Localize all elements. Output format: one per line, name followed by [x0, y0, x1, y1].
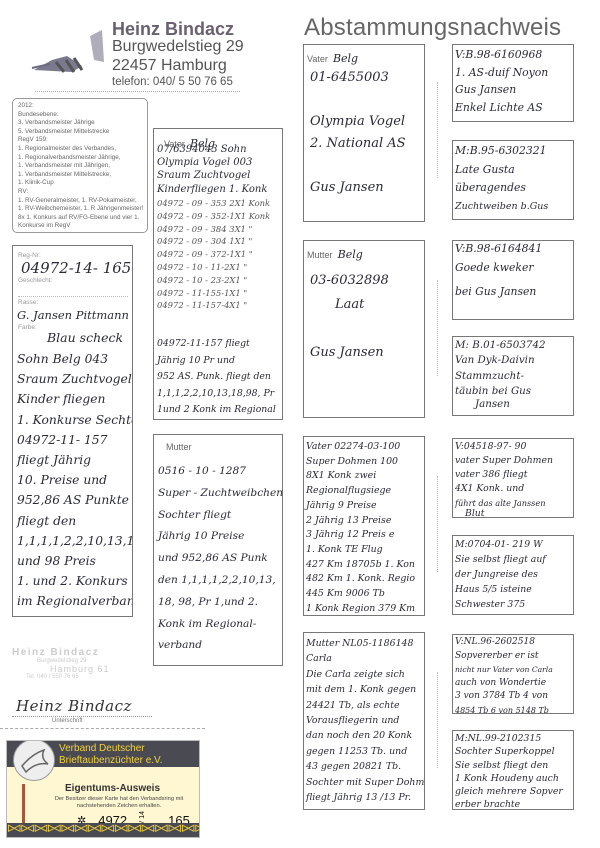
pedigree-line: 2. National AS — [310, 133, 406, 155]
great-grandparent-box: M:0704-01- 219 W Sie selbst fliegt auf d… — [452, 535, 574, 615]
note-line: 1. und 2. Konkurs — [17, 571, 133, 591]
stamp-name: Heinz Bindacz — [12, 647, 152, 658]
pedigree-line: 1 Konk Houdeny auch — [455, 772, 563, 785]
pedigree-line: Vater 02274-03-100 — [306, 440, 415, 455]
pedigree-line: 1. AS-duif Noyon — [455, 64, 548, 82]
pedigree-line: vater 386 fliegt — [455, 468, 553, 482]
pedigree-line: 445 Km 9006 Tb — [306, 587, 415, 602]
pedigree-line: bei Gus Jansen — [455, 280, 542, 304]
pedigree-line: 24421 Tb, als echte — [306, 698, 424, 713]
pedigree-line: Sie selbst fliegt den — [455, 759, 563, 772]
note-line: 1,1,1,1,2,2,10,13,18, — [17, 531, 133, 551]
owner-phone: telefon: 040/ 5 50 76 65 — [112, 76, 233, 88]
pedigree-line: Haus 5/5 isteine — [455, 582, 546, 597]
note-line: 10. Preise und — [17, 470, 133, 490]
pedigree-line: 2 Jährig 13 Preise — [306, 514, 415, 529]
pedigree-line: 1 Konk Region 379 Km — [306, 602, 415, 616]
owner-city: 22457 Hamburg — [112, 57, 227, 75]
achievement-line: 2012: — [18, 102, 142, 111]
reg-number-label: Reg-Nr: — [18, 252, 41, 259]
grandmother-paternal-name: Belg — [338, 248, 363, 261]
great-grandparent-lines: M:NL.99-2102315 Sochter Superkoppel Sie … — [455, 732, 563, 810]
pedigree-line: Blut — [455, 510, 553, 518]
pedigree-line: erber brachte — [455, 798, 563, 810]
pigeon-emblem-icon — [13, 740, 55, 781]
pedigree-line: 1. Konk TE Flug — [306, 543, 415, 558]
pedigree-line: 482 Km 1. Konk. Regio — [306, 572, 415, 587]
achievement-line: RV: — [18, 188, 142, 197]
pedigree-line: Sochter Superkoppel — [455, 745, 563, 758]
owner-signature: Heinz Bindacz — [16, 697, 132, 715]
pedigree-line: Gus Jansen — [455, 81, 548, 99]
mother-line: Jährig 10 Preise — [158, 526, 283, 548]
great-grandparent-lines: V:B.98-6164841 Goede kweker bei Gus Jans… — [455, 242, 542, 304]
pedigree-line: Vorausfliegerin und — [306, 713, 424, 728]
pedigree-line: Van Dyk-Daivin — [455, 353, 546, 368]
father-line: Kinderfliegen 1. Konk — [157, 183, 267, 196]
achievements-box: 2012: Bundesebene: 3. Verbandsmeister Jä… — [12, 98, 148, 233]
grandfather-paternal-lines: 01-6455003 Olympia Vogel 2. National AS … — [310, 67, 406, 199]
id-card-title: Eigentums-Ausweis — [65, 783, 160, 794]
pedigree-line: 3 Jährig 12 Preis e — [306, 528, 415, 543]
achievement-line: 1. RV-Weibchemeister, 1. R Jährigenmeist… — [18, 205, 142, 214]
note-line: und 98 Preis — [17, 551, 133, 571]
pedigree-line: M:B.95-6302321 — [455, 142, 548, 161]
reg-number-value: 04972-14- 165 — [21, 259, 131, 277]
race-value: G. Jansen Pittmann — [17, 308, 129, 322]
note-line: Sohn Belg 043 — [17, 349, 133, 369]
ring-entry: 04972 - 10 - 23-2X1 " — [157, 274, 270, 287]
grandmother-paternal-heading: Mutter Belg — [307, 243, 363, 262]
note-line: im Regionalverband — [17, 591, 133, 611]
pedigree-line: Die Carla zeigte sich — [306, 667, 424, 682]
pedigree-line — [310, 155, 406, 177]
pedigree-line: Sie selbst fliegt auf — [455, 552, 546, 567]
grandmother-paternal-lines: 03-6032898 Laat Gus Jansen — [310, 269, 389, 365]
achievement-line: 1. Verbandsmeister Mittelstrecke, — [18, 171, 142, 180]
connector-line — [437, 476, 438, 572]
pedigree-line: Schwester 375 — [455, 597, 546, 612]
grandmother-maternal-lines: Mutter NL05-1186148 Carla Die Carla zeig… — [306, 636, 424, 805]
grandfather-maternal-box: Vater 02274-03-100 Super Dohmen 100 8X1 … — [303, 436, 425, 616]
owner-stamp: Heinz Bindacz Burgwedelstieg 29 Hamburg … — [12, 647, 152, 680]
signature-label: Unterschrift — [52, 718, 83, 724]
mother-line: 18, 98, Pr 1,und 2. — [158, 592, 283, 614]
ring-entry: 04972 - 09 - 352-1X1 Konk — [157, 210, 270, 223]
pedigree-line: Mutter NL05-1186148 — [306, 636, 424, 651]
father-line: Sraum Zuchtvogel — [157, 169, 267, 182]
father-ring-list: 04972 - 09 - 353 2X1 Konk 04972 - 09 - 3… — [157, 197, 270, 312]
connector-line — [437, 280, 438, 376]
pedigree-line: fliegt Jährig 13 /13 Pr. — [306, 790, 424, 805]
father-box: Vater Belg 07/6394043 Sohn Olympia Vogel… — [153, 128, 283, 420]
id-card-pattern-band: ᐅᐊᐅᐊᐅᐊᐅᐊᐅᐊᐅᐊᐅᐊᐅᐊᐅᐊᐅᐊᐅᐊᐅᐊᐅᐊᐅᐊᐅᐊᐅᐊᐅᐊᐅᐊ — [7, 823, 199, 837]
ring-entry: 04972 - 09 - 304 1X1 " — [157, 235, 270, 248]
note-line: Kinder fliegen — [17, 389, 133, 409]
achievement-line: 1. Verbandsmeister mit Jährigen, — [18, 162, 142, 171]
pedigree-line: Sopvererber er ist — [455, 650, 553, 664]
great-grandparent-box: M:NL.99-2102315 Sochter Superkoppel Sie … — [452, 730, 574, 810]
pedigree-line: vater Super Dohmen — [455, 454, 553, 468]
pedigree-line: V:B.98-6164841 — [455, 242, 542, 256]
pedigree-line: Sochter mit Super Dohm — [306, 775, 424, 790]
header-divider — [35, 91, 240, 92]
grandfather-paternal-box: Vater Belg 01-6455003 Olympia Vogel 2. N… — [303, 44, 425, 222]
pedigree-line: 4X1 Konk. und — [455, 482, 553, 496]
great-grandparent-box: V:B.98-6164841 Goede kweker bei Gus Jans… — [452, 240, 574, 320]
grandmother-maternal-box: Mutter NL05-1186148 Carla Die Carla zeig… — [303, 632, 425, 810]
pedigree-line: Stammzucht- — [455, 369, 546, 384]
sex-label: Geschlecht: — [18, 277, 52, 284]
note-line: 952,86 AS Punkte — [17, 490, 133, 510]
pedigree-line: Gus Jansen — [310, 177, 406, 199]
pedigree-line: V:NL.96-2602518 — [455, 636, 553, 650]
color-value: Blau scheck — [47, 330, 123, 345]
pedigree-line: Goede kweker — [455, 256, 542, 280]
pedigree-line: Zuchtweiben b.Gus — [455, 198, 548, 217]
registration-box: Reg-Nr: 04972-14- 165 Geschlecht: Rasse:… — [12, 245, 133, 617]
father-line: 1und 2 Konk im Regional — [157, 402, 276, 419]
pedigree-line: gleich mehrere Sopver — [455, 785, 563, 798]
father-performance: 04972-11-157 fliegt Jährig 10 Pr und 952… — [157, 336, 276, 419]
mother-line: und 952,86 AS Punk — [158, 548, 283, 570]
pedigree-line: 01-6455003 — [310, 67, 406, 89]
father-line: 1,1,1,2,2,10,13,18,98, Pr — [157, 386, 276, 403]
father-line: 952 AS. Punk. fliegt den — [157, 369, 276, 386]
great-grandparent-lines: V:B.98-6160968 1. AS-duif Noyon Gus Jans… — [455, 46, 548, 116]
pedigree-line: Carla — [306, 651, 424, 666]
note-line: 04972-11- 157 — [17, 430, 133, 450]
pedigree-line: 4854 Tb 6 von 5148 Tb — [455, 704, 553, 715]
father-lines: 07/6394043 Sohn Olympia Vogel 003 Sraum … — [157, 143, 267, 196]
pedigree-line: dan noch den 20 Konk — [306, 728, 424, 743]
connector-line — [437, 672, 438, 768]
id-org-line2: Brieftaubenzüchter e.V. — [59, 755, 163, 766]
owner-name: Heinz Bindacz — [112, 19, 234, 40]
ownership-id-card: Verband Deutscher Brieftaubenzüchter e.V… — [6, 740, 200, 838]
stamp-city: Hamburg 61 — [50, 664, 152, 674]
pedigree-line: M: B.01-6503742 — [455, 338, 546, 353]
document-title: Abstammungsnachweis — [304, 14, 561, 42]
great-grandparent-box: M: B.01-6503742 Van Dyk-Daivin Stammzuch… — [452, 336, 574, 416]
pedigree-line: täubin bei Gus — [455, 384, 546, 399]
pedigree-line — [310, 89, 406, 111]
pedigree-line: 3 von 3784 Tb 4 von — [455, 690, 553, 704]
mother-label: Mutter — [166, 442, 192, 452]
note-line: 1. Konkurse Sechter — [17, 410, 133, 430]
great-grandparent-lines: M:B.95-6302321 Late Gusta überagendes Zu… — [455, 142, 548, 216]
great-grandparent-lines: V:04518-97- 90 vater Super Dohmen vater … — [455, 440, 553, 518]
pedigree-line: nicht nur Vater von Carla — [455, 663, 553, 677]
pedigree-line: überagendes — [455, 179, 548, 198]
ring-entry: 04972 - 10 - 11-2X1 " — [157, 261, 270, 274]
pedigree-line: 43 gegen 20821 Tb. — [306, 759, 424, 774]
pedigree-line: Super Dohmen 100 — [306, 455, 415, 470]
note-line: fliegt den — [17, 511, 133, 531]
pedigree-line: Gus Jansen — [310, 341, 389, 365]
mother-line: 0516 - 10 - 1287 — [158, 461, 283, 483]
pedigree-line: mit dem 1. Konk gegen — [306, 682, 424, 697]
cut-line — [0, 728, 205, 729]
achievement-line: Konkurse im RegV — [18, 222, 142, 231]
signature-line — [12, 716, 152, 717]
pedigree-line: der Jungreise des — [455, 567, 546, 582]
ring-entry: 04972 - 09 - 384 3X1 " — [157, 223, 270, 236]
mother-line: den 1,1,1,1,2,2,10,13, — [158, 570, 283, 592]
father-line: Jährig 10 Pr und — [157, 353, 276, 370]
color-label: Farbe: — [18, 324, 37, 331]
ring-entry: 04972 - 11-155-1X1 " — [157, 287, 270, 300]
achievement-line: 1. Regionalverbandsmeister Jährige, — [18, 154, 142, 163]
achievement-line: 5. Verbandsmeister Mittelstrecke — [18, 128, 142, 137]
ring-entry: 04972 - 09 - 353 2X1 Konk — [157, 197, 270, 210]
grandmother-paternal-box: Mutter Belg 03-6032898 Laat Gus Jansen — [303, 240, 425, 418]
great-grandparent-box: M:B.95-6302321 Late Gusta überagendes Zu… — [452, 140, 574, 220]
pedigree-line: 427 Km 18705b 1. Kon — [306, 558, 415, 573]
owner-street: Burgwedelstieg 29 — [112, 38, 244, 56]
grandfather-maternal-lines: Vater 02274-03-100 Super Dohmen 100 8X1 … — [306, 440, 415, 616]
grandfather-paternal-name: Belg — [333, 52, 358, 65]
id-card-description: Der Besitzer dieser Karte hat den Verban… — [39, 796, 199, 810]
mother-lines: 0516 - 10 - 1287 Super - Zuchtweibchen S… — [158, 461, 283, 657]
pedigree-line: V:04518-97- 90 — [455, 440, 553, 454]
pedigree-line — [310, 317, 389, 341]
pedigree-line: Enkel Lichte AS — [455, 99, 548, 117]
achievement-line: RegV 159: — [18, 136, 142, 145]
father-line: Olympia Vogel 003 — [157, 156, 267, 169]
pedigree-line: Late Gusta — [455, 161, 548, 180]
pedigree-line: auch von Wondertie — [455, 677, 553, 691]
achievement-line: 8x 1. Konkurs auf RV/FG-Ebene und vier 1… — [18, 214, 142, 223]
pedigree-line: Jährig 9 Preise — [306, 499, 415, 514]
achievement-line: 1. Klinik-Cup — [18, 179, 142, 188]
pedigree-line: M:NL.99-2102315 — [455, 732, 563, 745]
great-grandparent-lines: M: B.01-6503742 Van Dyk-Daivin Stammzuch… — [455, 338, 546, 409]
achievement-line: Bundesebene: — [18, 111, 142, 120]
great-grandparent-box: V:B.98-6160968 1. AS-duif Noyon Gus Jans… — [452, 44, 574, 122]
father-line: 07/6394043 Sohn — [157, 143, 267, 156]
mother-line: Sochter fliegt — [158, 505, 283, 527]
mother-line: Super - Zuchtweibchen — [158, 483, 283, 505]
note-line: Sraum Zuchtvogel — [17, 369, 133, 389]
race-label: Rasse: — [18, 299, 38, 306]
pedigree-line: M:0704-01- 219 W — [455, 537, 546, 552]
grandfather-paternal-heading: Vater Belg — [307, 47, 358, 66]
pedigree-line: Regionalflugsiege — [306, 484, 415, 499]
ring-entry: 04972 - 09 - 372-1X1 " — [157, 248, 270, 261]
connector-line — [437, 82, 438, 178]
achievement-line: 1. RV-Generalmeister, 1. RV-Pokalmeister… — [18, 197, 142, 206]
pedigree-line: V:B.98-6160968 — [455, 46, 548, 64]
sex-line — [18, 296, 128, 297]
mother-line: Konk im Regional- — [158, 614, 283, 636]
great-grandparent-lines: V:NL.96-2602518 Sopvererber er ist nicht… — [455, 636, 553, 714]
registration-notes: Sohn Belg 043 Sraum Zuchtvogel Kinder fl… — [17, 349, 133, 612]
stamp-phone: Tel. 040 / 550 76 65 — [26, 674, 152, 680]
note-line: fliegt Jährig — [17, 450, 133, 470]
pedigree-line: 8X1 Konk zwei — [306, 469, 415, 484]
mother-line: verband — [158, 635, 283, 657]
pedigree-line: 03-6032898 — [310, 269, 389, 293]
mother-box: Mutter 0516 - 10 - 1287 Super - Zuchtwei… — [153, 434, 283, 666]
achievement-line: 1. Regionalmeister des Verbandes, — [18, 145, 142, 154]
grandfather-paternal-label: Vater — [307, 54, 328, 64]
great-grandparent-lines: M:0704-01- 219 W Sie selbst fliegt auf d… — [455, 537, 546, 612]
pedigree-line: gegen 11253 Tb. und — [306, 744, 424, 759]
great-grandparent-box: V:NL.96-2602518 Sopvererber er ist nicht… — [452, 634, 574, 714]
id-org-line1: Verband Deutscher — [59, 743, 145, 754]
pigeon-logo-icon — [12, 18, 107, 76]
great-grandparent-box: V:04518-97- 90 vater Super Dohmen vater … — [452, 438, 574, 518]
pedigree-line: Laat — [310, 293, 389, 317]
grandmother-paternal-label: Mutter — [307, 250, 333, 260]
father-line: 04972-11-157 fliegt — [157, 336, 276, 353]
ring-entry: 04972 - 11-157-4X1 " — [157, 299, 270, 312]
achievement-line: 3. Verbandsmeister Jährige — [18, 119, 142, 128]
pedigree-line: Jansen — [455, 399, 546, 409]
pedigree-line: Olympia Vogel — [310, 111, 406, 133]
